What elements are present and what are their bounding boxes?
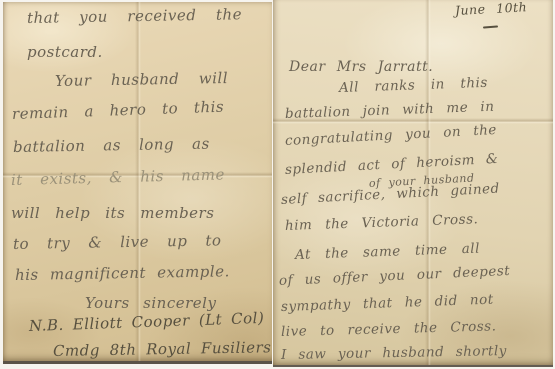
handwritten-line: live to receive the Cross. [281,318,497,340]
letter-signature-unit: Cmdg 8th Royal Fusiliers [53,338,272,360]
letter-scan: that you received the postcard. Your hus… [0,0,555,369]
handwritten-line: his magnificent example. [15,262,230,284]
handwritten-line: to try & live up to [13,231,222,253]
date-underline [483,25,498,28]
handwritten-line: battalion as long as [13,135,210,156]
handwritten-line: All ranks in this [339,75,488,96]
handwritten-line: it exists, & his name [11,165,225,189]
handwritten-line: Your husband will [55,69,228,90]
handwritten-line: At the same time all [295,241,480,263]
letter-date: June 10th [455,0,528,18]
letter-closing: Yours sincerely [85,294,216,312]
handwritten-line: him the Victoria Cross. [285,211,479,234]
handwritten-line: postcard. [27,43,103,61]
handwritten-line: I saw your husband shortly [281,343,507,363]
handwritten-line: that you received the [27,5,242,27]
letter-right-page: June 10th Dear Mrs Jarratt. All ranks in… [273,0,553,365]
handwritten-line: will help its members [11,204,214,222]
letter-greeting: Dear Mrs Jarratt. [289,59,433,75]
handwritten-line: of us offer you our deepest [279,263,511,289]
handwritten-line: remain a hero to this [12,98,225,123]
handwritten-line: battalion join with me in [285,99,495,122]
handwritten-line: sympathy that he did not [281,292,494,315]
letter-signature: N.B. Elliott Cooper (Lt Col) [29,309,265,335]
handwritten-line: congratulating you on the [285,122,498,149]
letter-left-page: that you received the postcard. Your hus… [3,2,272,361]
